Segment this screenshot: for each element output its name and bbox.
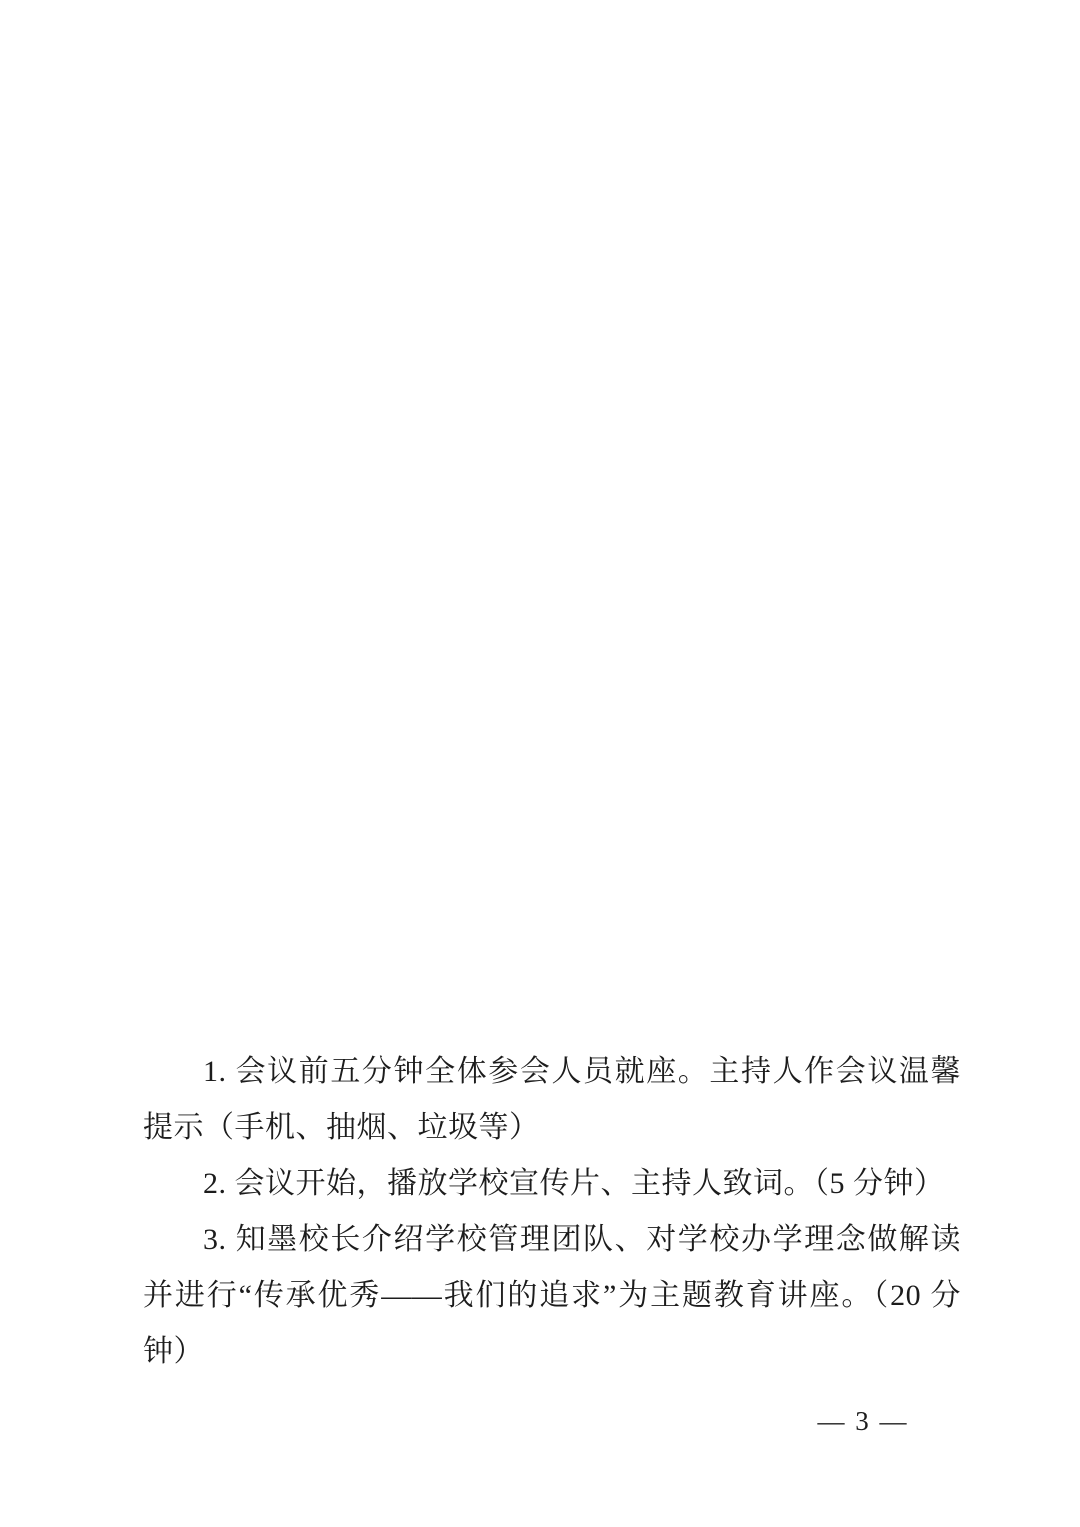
page-number: — 3 — [788, 1404, 938, 1438]
paragraph-agenda-item-1: 1. 会议前五分钟全体参会人员就座。主持人作会议温馨提示（手机、抽烟、垃圾等） [143, 1044, 961, 1156]
document-page: 1. 会议前五分钟全体参会人员就座。主持人作会议温馨提示（手机、抽烟、垃圾等） … [0, 0, 1080, 1527]
paragraph-agenda-item-3: 3. 知墨校长介绍学校管理团队、对学校办学理念做解读并进行“传承优秀——我们的追… [143, 1212, 961, 1380]
paragraph-agenda-item-2: 2. 会议开始，播放学校宣传片、主持人致词。（5 分钟） [143, 1156, 961, 1212]
body-text: 1. 会议前五分钟全体参会人员就座。主持人作会议温馨提示（手机、抽烟、垃圾等） … [143, 1044, 961, 1380]
